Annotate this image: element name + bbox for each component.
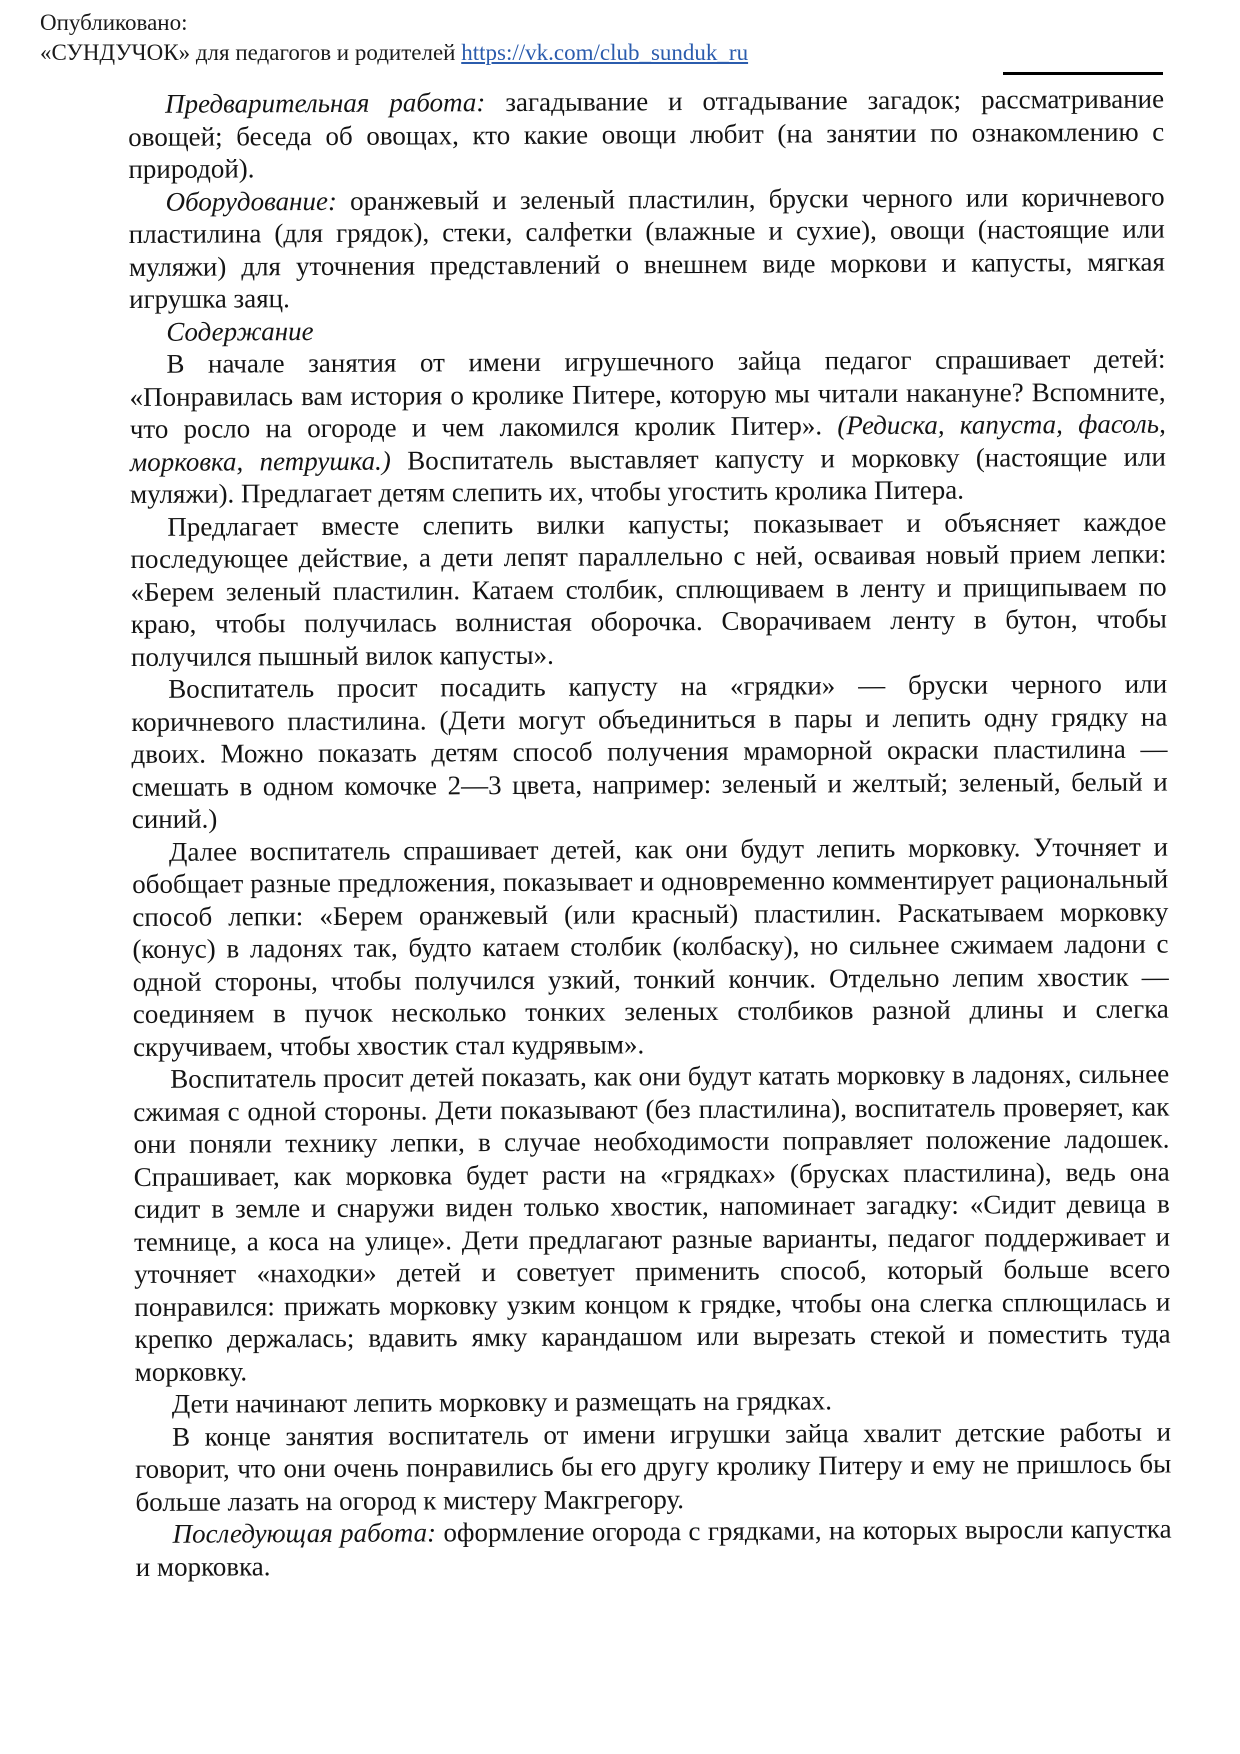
horizontal-rule (1003, 72, 1163, 75)
paragraph-lesson-start: В начале занятия от имени игрушечного за… (129, 343, 1166, 511)
paragraph-text: Воспитатель просит посадить капусту на «… (131, 669, 1167, 834)
paragraph-lead-italic: Предварительная работа: (165, 87, 485, 119)
paragraph-lesson-end: В конце занятия воспитатель от имени игр… (135, 1415, 1171, 1518)
paragraph-carrot-method: Далее воспитатель спрашивает детей, как … (132, 830, 1169, 1063)
content-heading: Содержание (129, 310, 1165, 348)
paragraph-lead-italic: Содержание (166, 316, 313, 347)
source-prefix: «СУНДУЧОК» для педагогов и родителей (40, 40, 461, 65)
paragraph-text: Воспитатель просит детей показать, как о… (133, 1059, 1170, 1387)
paragraph-cabbage-modeling: Предлагает вместе слепить вилки капусты;… (130, 505, 1167, 673)
paragraph-text: Дети начинают лепить морковку и размещат… (172, 1385, 832, 1418)
paragraph-lead-italic: Последующая работа: (172, 1517, 436, 1548)
paragraph-lead-italic: Оборудование: (166, 185, 337, 216)
vk-link[interactable]: https://vk.com/club_sunduk_ru (461, 40, 748, 65)
preliminary-work-paragraph: Предварительная работа: загадывание и от… (128, 83, 1164, 186)
paragraph-carrot-practice: Воспитатель просит детей показать, как о… (133, 1058, 1171, 1388)
paragraph-text: Предлагает вместе слепить вилки капусты;… (130, 506, 1166, 671)
source-line: «СУНДУЧОК» для педагогов и родителей htt… (40, 38, 748, 68)
document-body: Предварительная работа: загадывание и от… (128, 83, 1172, 1583)
paragraph-text: В конце занятия воспитатель от имени игр… (135, 1416, 1171, 1516)
paragraph-text: Далее воспитатель спрашивает детей, как … (132, 831, 1169, 1061)
follow-up-paragraph: Последующая работа: оформление огорода с… (135, 1513, 1171, 1583)
page-header: Опубликовано: «СУНДУЧОК» для педагогов и… (40, 8, 748, 68)
paragraph-children-start: Дети начинают лепить морковку и размещат… (135, 1383, 1171, 1421)
published-label: Опубликовано: (40, 8, 748, 38)
paragraph-garden-beds: Воспитатель просит посадить капусту на «… (131, 668, 1168, 836)
equipment-paragraph: Оборудование: оранжевый и зеленый пласти… (129, 180, 1166, 315)
